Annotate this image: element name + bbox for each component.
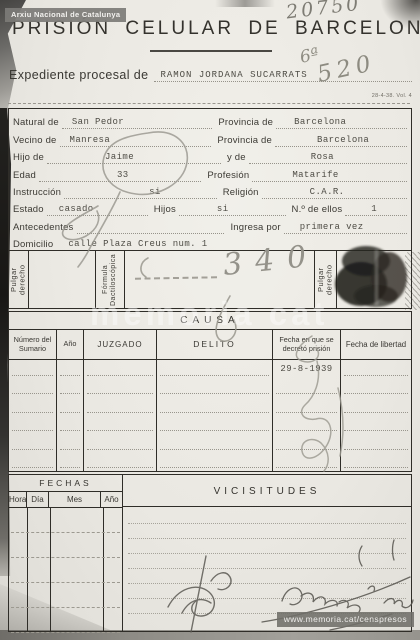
- title-rule: [150, 50, 272, 52]
- field-row-edad: Edad 33 Profesión Matarife: [13, 164, 407, 181]
- vicisitudes-title: VICISITUDES: [123, 475, 411, 507]
- field-label: Provincia de: [212, 117, 276, 129]
- causa-cell: [84, 453, 157, 472]
- causa-cell: [157, 379, 273, 398]
- causa-row: [9, 453, 411, 472]
- causa-row: [9, 416, 411, 435]
- fechas-title: FECHAS: [9, 475, 122, 492]
- causa-cell: [273, 379, 341, 398]
- fingerprint-strip: Pulgar derecho Fórmula Dactiloscópica 34…: [9, 250, 411, 308]
- field-value: si: [179, 204, 229, 215]
- expediente-label: Expediente procesal de: [9, 68, 154, 82]
- fechas-gridline-h: [11, 582, 120, 583]
- causa-row: [9, 397, 411, 416]
- causa-col-fecha-prision: Fecha en que se decretó prisión: [273, 330, 341, 359]
- field-label: N.º de ellos: [286, 204, 346, 216]
- field-value: 1: [345, 204, 377, 215]
- field-rows: Natural de San Pedor Provincia de Barcel…: [13, 112, 407, 251]
- causa-cell: [57, 453, 84, 472]
- thumb-left-label: Pulgar derecho: [10, 251, 27, 308]
- field-label: Profesión: [201, 170, 252, 182]
- causa-col-sumario: Número del Sumario: [9, 330, 57, 359]
- formula-label-cell: Fórmula Dactiloscópica: [96, 251, 125, 308]
- vicisitudes-section: VICISITUDES: [123, 475, 411, 631]
- field-value: casado: [47, 204, 94, 215]
- field-value: Jaime: [47, 152, 134, 163]
- field-label: Religión: [217, 187, 262, 199]
- causa-cell: [341, 379, 411, 398]
- causa-col-juzgado: JUZGADO: [84, 330, 157, 359]
- causa-cell: [157, 360, 273, 379]
- causa-cell: [84, 397, 157, 416]
- causa-cell: [9, 360, 57, 379]
- field-label: Natural de: [13, 117, 62, 129]
- formula-label: Fórmula Dactiloscópica: [102, 251, 118, 308]
- fechas-gridline-h: [11, 632, 120, 633]
- fechas-gridline-h: [11, 557, 120, 558]
- causa-cell: [273, 397, 341, 416]
- causa-cell: [57, 360, 84, 379]
- causa-header-row: Número del Sumario Año JUZGADO DELITO Fe…: [9, 330, 411, 360]
- fechas-gridline-v: [103, 508, 104, 631]
- causa-row: [9, 379, 411, 398]
- field-label: Ingresa por: [224, 222, 283, 234]
- fechas-table: FECHAS Hora Día Mes Año: [9, 475, 123, 631]
- personal-data-box: Natural de San Pedor Provincia de Barcel…: [8, 108, 412, 309]
- causa-cell: [57, 416, 84, 435]
- causa-cell: [341, 434, 411, 453]
- causa-col-delito: DELITO: [157, 330, 273, 359]
- causa-section: CAUSA Número del Sumario Año JUZGADO DEL…: [8, 311, 412, 472]
- divider-dashed: [8, 103, 410, 104]
- field-row-natural: Natural de San Pedor Provincia de Barcel…: [13, 112, 407, 129]
- fechas-col-mes: Mes: [49, 492, 101, 507]
- scan-smudge-top: [215, 0, 275, 7]
- causa-cell: [157, 397, 273, 416]
- causa-cell: [341, 360, 411, 379]
- causa-cell: [9, 453, 57, 472]
- causa-cell: [84, 379, 157, 398]
- causa-cell: [157, 416, 273, 435]
- archive-badge: Arxiu Nacional de Catalunya: [5, 8, 126, 22]
- field-value: calle Plaza Creus num. 1: [56, 239, 207, 250]
- fechas-gridline-v: [50, 508, 51, 631]
- field-value: San Pedor: [62, 117, 124, 128]
- causa-cell: [273, 416, 341, 435]
- causa-cell: [9, 434, 57, 453]
- thumb-right-label: Pulgar derecho: [317, 251, 334, 308]
- scanned-prison-record: Arxiu Nacional de Catalunya memoria cat …: [0, 0, 420, 640]
- fechas-gridline-h: [11, 532, 120, 533]
- causa-cell: [341, 453, 411, 472]
- causa-cell: [57, 434, 84, 453]
- fechas-col-dia: Día: [27, 492, 49, 507]
- thumb-left-area: [29, 251, 96, 308]
- field-row-instruccion: Instrucción si Religión C.A.R.: [13, 182, 407, 199]
- causa-row: [9, 434, 411, 453]
- field-label: Antecedentes: [13, 222, 77, 234]
- fechas-header-row: Hora Día Mes Año: [9, 492, 122, 508]
- file-number-handwritten: 520: [315, 50, 378, 88]
- field-value: Rosa: [249, 152, 334, 163]
- thumb-left-label-cell: Pulgar derecho: [9, 251, 29, 308]
- causa-cell: [273, 453, 341, 472]
- bottom-section: FECHAS Hora Día Mes Año VICISITUDES: [8, 474, 412, 632]
- causa-body: 29-8-1939: [9, 360, 411, 471]
- fechas-grid: [9, 508, 122, 631]
- print-reference: 28-4-38. Vol. 4: [372, 93, 412, 99]
- causa-cell: 29-8-1939: [273, 360, 341, 379]
- field-row-antecedentes: Antecedentes Ingresa por primera vez: [13, 216, 407, 233]
- fechas-col-hora: Hora: [9, 492, 27, 507]
- field-value: Barcelona: [276, 117, 346, 128]
- fechas-gridline-v: [27, 508, 28, 631]
- causa-title: CAUSA: [9, 312, 411, 330]
- thumb-right-area: [337, 251, 411, 308]
- causa-col-ano: Año: [57, 330, 84, 359]
- causa-cell: [157, 453, 273, 472]
- field-label: Edad: [13, 170, 39, 182]
- field-value: Barcelona: [275, 135, 369, 146]
- field-label: Provincia de: [211, 135, 275, 147]
- causa-cell: [9, 379, 57, 398]
- field-row-domicilio: Domicilio calle Plaza Creus num. 1: [13, 234, 407, 251]
- field-label: y de: [221, 152, 249, 164]
- causa-cell: [84, 434, 157, 453]
- field-row-estado: Estado casado Hijos si N.º de ellos 1: [13, 199, 407, 216]
- field-value: Matarife: [252, 170, 338, 181]
- field-label: Vecino de: [13, 135, 60, 147]
- field-label: Estado: [13, 204, 47, 216]
- field-value: 33: [39, 170, 129, 181]
- fecha-prision-value: 29-8-1939: [273, 364, 340, 375]
- site-watermark: www.memoria.cat/censpresos: [277, 612, 414, 627]
- fechas-col-ano: Año: [101, 492, 122, 507]
- fechas-gridline-h: [11, 607, 120, 608]
- causa-cell: [341, 397, 411, 416]
- field-row-vecino: Vecino de Manresa Provincia de Barcelona: [13, 129, 407, 146]
- thumb-right-label-cell: Pulgar derecho: [315, 251, 337, 308]
- field-value: C.A.R.: [262, 187, 345, 198]
- causa-row: 29-8-1939: [9, 360, 411, 379]
- causa-cell: [157, 434, 273, 453]
- causa-col-fecha-libertad: Fecha de libertad: [341, 330, 411, 359]
- formula-area: 340: [125, 251, 315, 308]
- expediente-value: RAMON JORDANA SUCARRATS: [154, 70, 307, 81]
- causa-cell: [84, 416, 157, 435]
- field-value: primera vez: [284, 222, 364, 233]
- field-label: Instrucción: [13, 187, 64, 199]
- causa-cell: [273, 434, 341, 453]
- causa-cell: [84, 360, 157, 379]
- field-label: Hijos: [148, 204, 179, 216]
- causa-cell: [341, 416, 411, 435]
- field-value: si: [64, 187, 161, 198]
- causa-cell: [9, 397, 57, 416]
- field-row-hijo: Hijo de Jaime y de Rosa: [13, 147, 407, 164]
- causa-cell: [57, 397, 84, 416]
- causa-cell: [9, 416, 57, 435]
- field-label: Hijo de: [13, 152, 47, 164]
- field-value: Manresa: [60, 135, 111, 146]
- causa-cell: [57, 379, 84, 398]
- formula-dash-line: [135, 276, 217, 279]
